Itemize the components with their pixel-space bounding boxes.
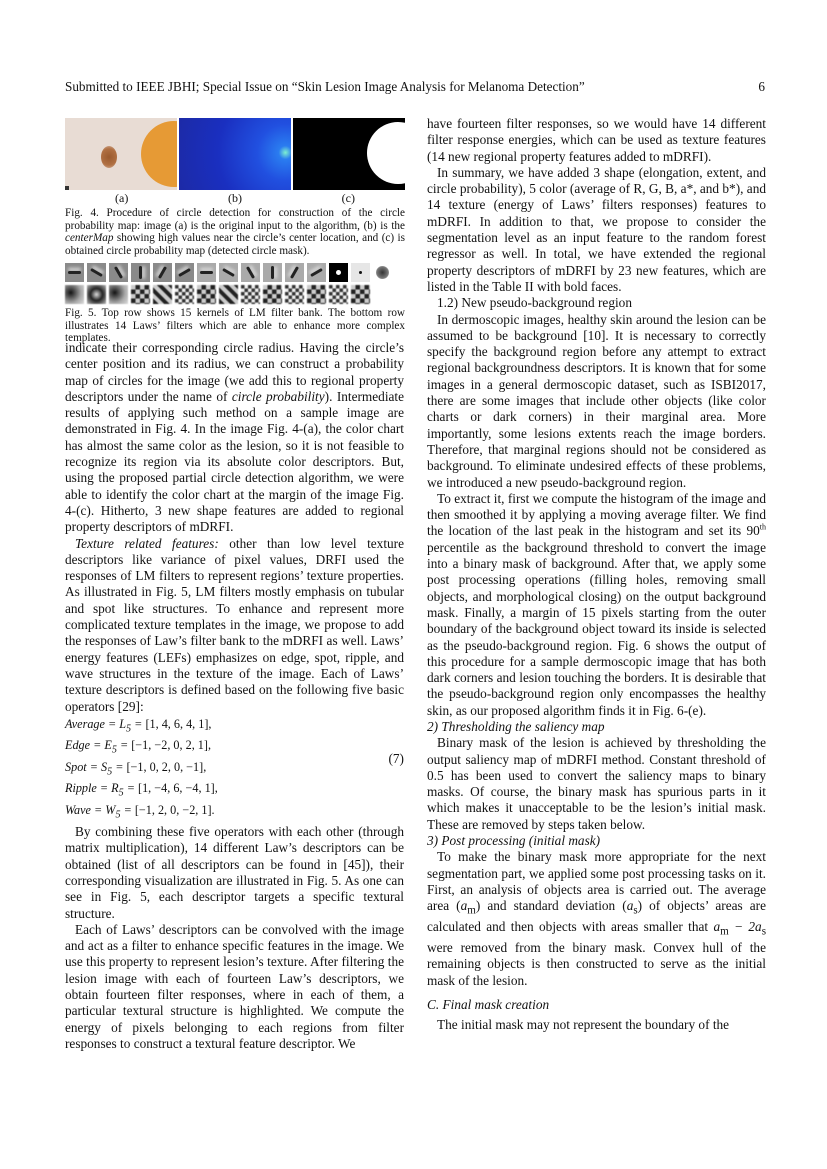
laws-kernel — [329, 285, 348, 304]
lm-kernel — [65, 263, 84, 282]
laws-kernel — [307, 285, 326, 304]
laws-kernel — [153, 285, 172, 304]
subsection-heading-2: 2) Thresholding the saliency map — [427, 719, 766, 735]
fig4-label-a: (a) — [65, 191, 178, 206]
section-heading-c: C. Final mask creation — [427, 997, 766, 1013]
circle-mask-shape — [367, 122, 405, 184]
laws-kernel — [175, 285, 194, 304]
paragraph: To make the binary mask more appropriate… — [427, 849, 766, 989]
lm-kernel-spot — [329, 263, 348, 282]
lm-kernel — [175, 263, 194, 282]
lm-kernel — [109, 263, 128, 282]
page-number: 6 — [758, 79, 765, 95]
paragraph: To extract it, first we compute the hist… — [427, 491, 766, 719]
lm-kernel — [131, 263, 150, 282]
lm-kernel — [153, 263, 172, 282]
paragraph: In summary, we have added 3 shape (elong… — [427, 165, 766, 295]
figure-4: (a) (b) (c) Fig. 4. Procedure of circle … — [65, 118, 405, 257]
right-column: have fourteen filter responses, so we wo… — [427, 116, 766, 1034]
lm-kernel — [219, 263, 238, 282]
lesion-shape — [101, 146, 117, 168]
corner-mark — [65, 186, 69, 190]
equation-line: Wave = W5 = [−1, 2, 0, −2, 1]. — [65, 802, 404, 823]
lm-kernel-spot — [373, 263, 392, 282]
fig4-caption: Fig. 4. Procedure of circle detection fo… — [65, 207, 405, 257]
laws-kernel-row — [65, 285, 405, 304]
equation-line: Average = L5 = [1, 4, 6, 4, 1], — [65, 716, 404, 737]
running-header: Submitted to IEEE JBHI; Special Issue on… — [65, 79, 765, 95]
paragraph: The initial mask may not represent the b… — [427, 1017, 766, 1033]
laws-kernel — [109, 285, 128, 304]
laws-kernel — [241, 285, 260, 304]
lm-kernel — [263, 263, 282, 282]
laws-kernel — [351, 285, 370, 304]
color-chart-shape — [141, 121, 177, 187]
fig4-original-image — [65, 118, 177, 190]
paragraph: have fourteen filter responses, so we wo… — [427, 116, 766, 165]
equation-number: (7) — [388, 750, 404, 767]
laws-kernel — [197, 285, 216, 304]
fig4-label-c: (c) — [292, 191, 405, 206]
laws-kernel — [65, 285, 84, 304]
paragraph: Each of Laws’ descriptors can be convolv… — [65, 922, 404, 1052]
paragraph: By combining these five operators with e… — [65, 824, 404, 922]
laws-kernel — [285, 285, 304, 304]
lm-kernel — [285, 263, 304, 282]
paragraph: Binary mask of the lesion is achieved by… — [427, 735, 766, 833]
paragraph: In dermoscopic images, healthy skin arou… — [427, 312, 766, 491]
equation-line: Ripple = R5 = [1, −4, 6, −4, 1], — [65, 780, 404, 801]
equation-line: Spot = S5 = [−1, 0, 2, 0, −1], — [65, 759, 404, 780]
subsection-heading-1-2: 1.2) New pseudo-background region — [427, 295, 766, 311]
lm-kernel-row — [65, 263, 405, 282]
laws-kernel — [263, 285, 282, 304]
lm-kernel — [307, 263, 326, 282]
fig4-label-b: (b) — [178, 191, 291, 206]
paragraph-texture-features: Texture related features: other than low… — [65, 536, 404, 715]
lm-kernel — [87, 263, 106, 282]
equation-line: Edge = E5 = [−1, −2, 0, 2, 1], — [65, 737, 404, 758]
figure-5: Fig. 5. Top row shows 15 kernels of LM f… — [65, 263, 405, 345]
lm-kernel — [241, 263, 260, 282]
equation-7: Average = L5 = [1, 4, 6, 4, 1], Edge = E… — [65, 716, 404, 823]
left-column: indicate their corresponding circle radi… — [65, 340, 404, 1052]
fig4-circle-mask-image — [293, 118, 405, 190]
fig4-center-map-image — [179, 118, 291, 190]
laws-kernel — [131, 285, 150, 304]
running-title: Submitted to IEEE JBHI; Special Issue on… — [65, 79, 585, 94]
lm-kernel-spot — [351, 263, 370, 282]
subsection-heading-3: 3) Post processing (initial mask) — [427, 833, 766, 849]
laws-kernel — [219, 285, 238, 304]
paragraph: indicate their corresponding circle radi… — [65, 340, 404, 536]
laws-kernel — [87, 285, 106, 304]
lm-kernel — [197, 263, 216, 282]
